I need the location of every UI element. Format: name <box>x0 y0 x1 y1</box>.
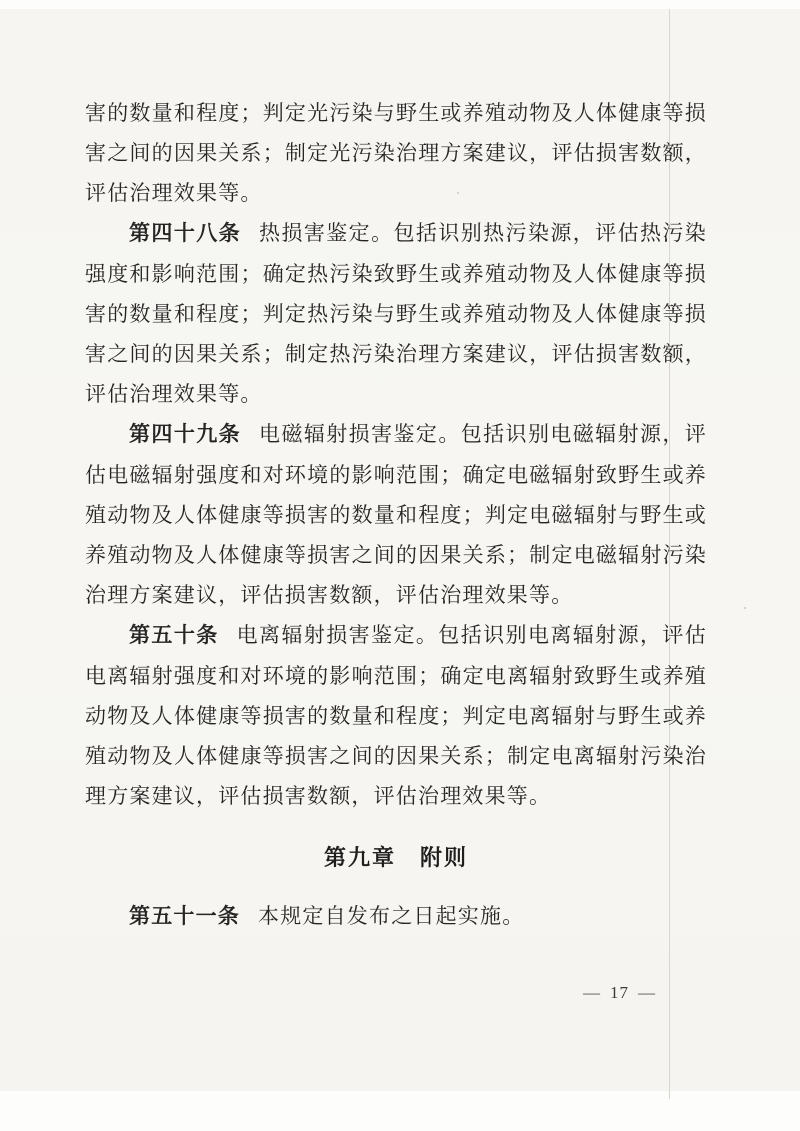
article-50-text: 电离辐射损害鉴定。包括识别电离辐射源，评估电离辐射强度和对环境的影响范围；确定电… <box>85 623 707 808</box>
paragraph-continuation: 害的数量和程度；判定光污染与野生或养殖动物及人体健康等损害之间的因果关系；制定光… <box>85 93 707 213</box>
page-footer: —17— <box>583 983 656 1003</box>
article-51-number: 第五十一条 <box>129 905 240 928</box>
chapter-heading: 第九章 附则 <box>85 838 707 878</box>
paragraph-article-48: 第四十八条热损害鉴定。包括识别热污染源，评估热污染强度和影响范围；确定热污染致野… <box>85 213 707 414</box>
article-49-number: 第四十九条 <box>129 423 241 446</box>
footer-dash-left: — <box>583 983 601 1002</box>
article-48-text: 热损害鉴定。包括识别热污染源，评估热污染强度和影响范围；确定热污染致野生或养殖动… <box>85 221 707 406</box>
paragraph-article-51: 第五十一条本规定自发布之日起实施。 <box>85 896 707 937</box>
scan-speck <box>744 607 746 609</box>
article-51-text: 本规定自发布之日起实施。 <box>258 904 524 928</box>
footer-dash-right: — <box>638 983 656 1002</box>
document-body: 害的数量和程度；判定光污染与野生或养殖动物及人体健康等损害之间的因果关系；制定光… <box>85 93 707 937</box>
paragraph-article-50: 第五十条电离辐射损害鉴定。包括识别电离辐射源，评估电离辐射强度和对环境的影响范围… <box>85 615 707 816</box>
article-49-text: 电磁辐射损害鉴定。包括识别电磁辐射源，评估电磁辐射强度和对环境的影响范围；确定电… <box>85 422 707 607</box>
paragraph-article-49: 第四十九条电磁辐射损害鉴定。包括识别电磁辐射源，评估电磁辐射强度和对环境的影响范… <box>85 414 707 615</box>
article-50-number: 第五十条 <box>129 624 219 647</box>
footer-page-number: 17 <box>610 983 629 1002</box>
article-48-number: 第四十八条 <box>129 222 241 245</box>
